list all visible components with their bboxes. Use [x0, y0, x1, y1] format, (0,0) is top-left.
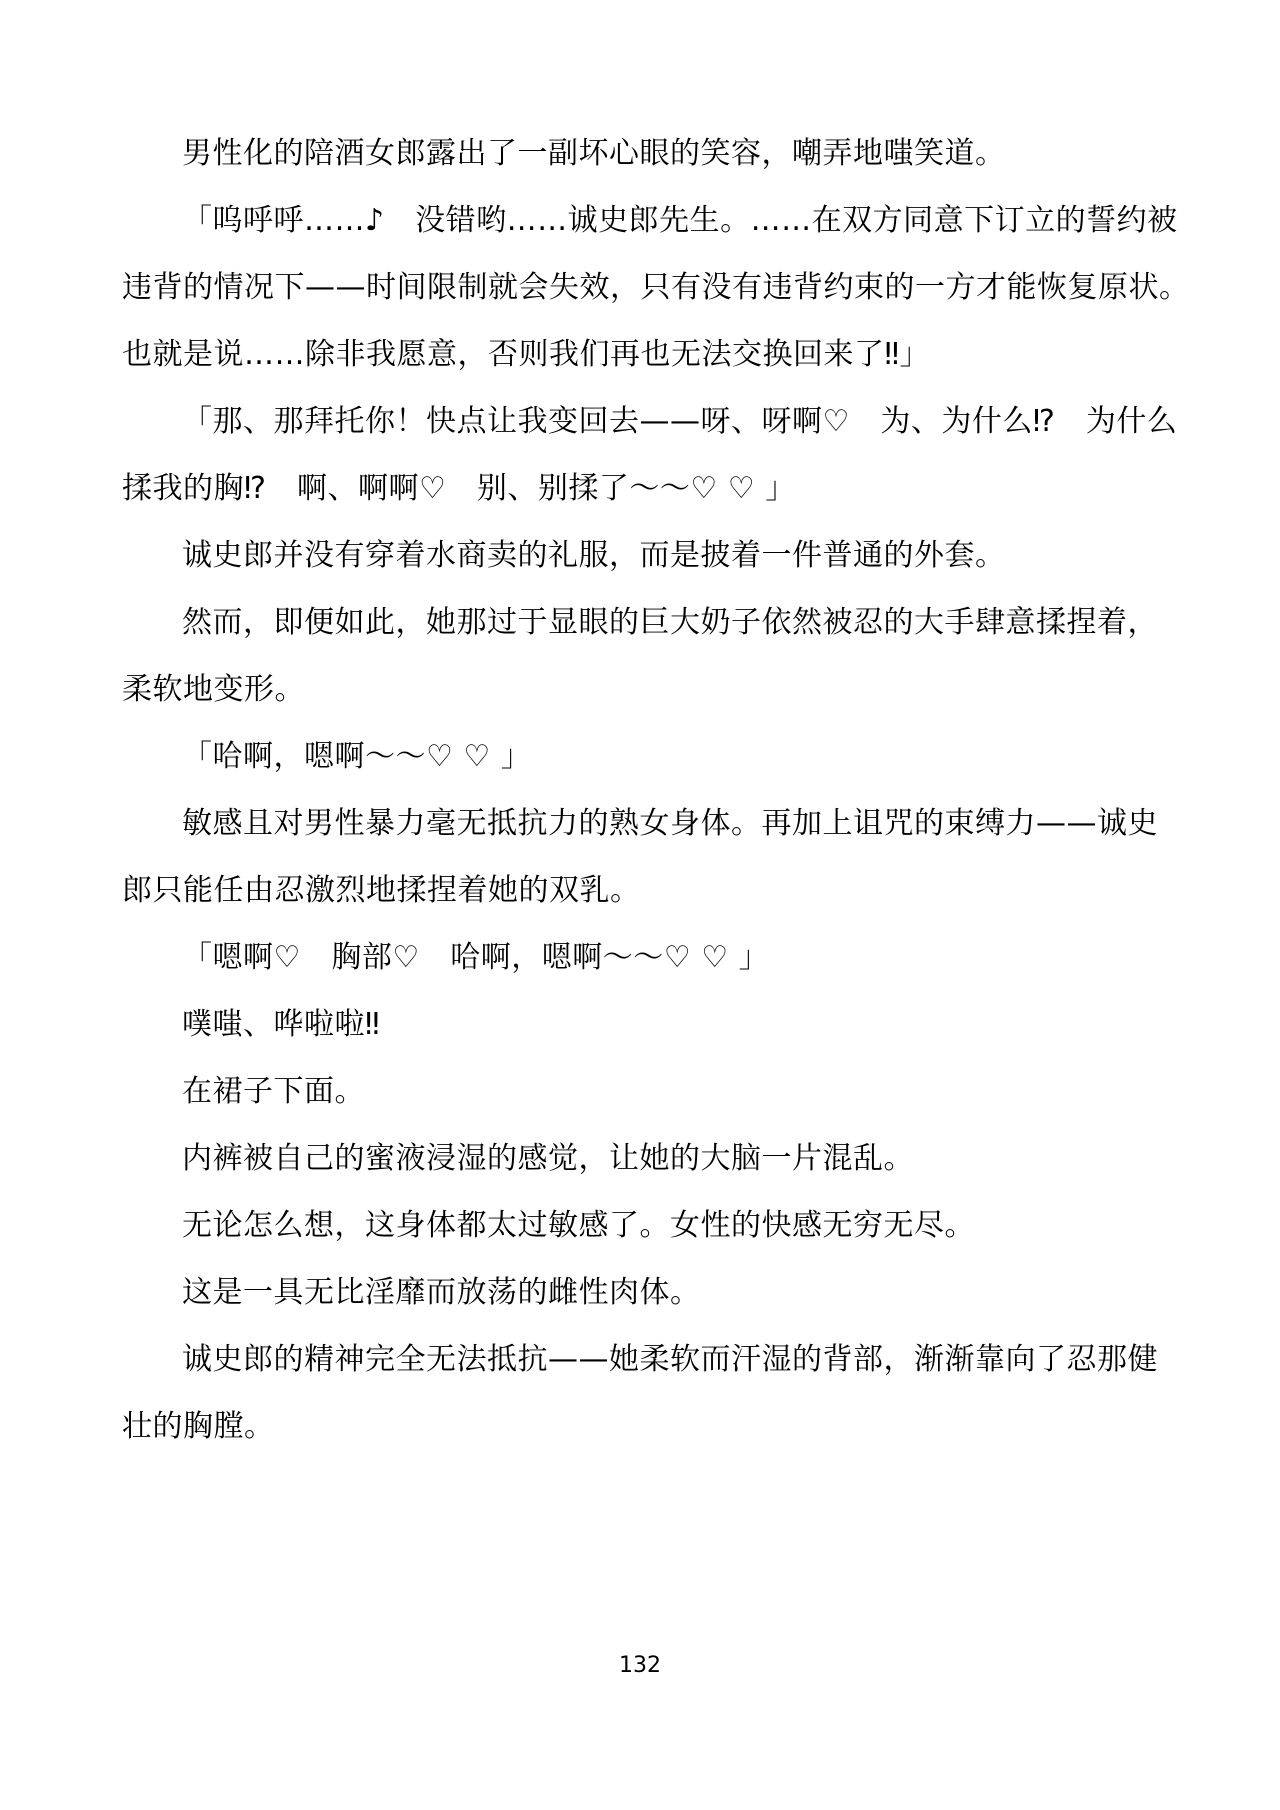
text-line: 这是一具无比淫靡而放荡的雌性肉体。	[122, 1259, 1162, 1326]
text-line: 内裤被自己的蜜液浸湿的感觉，让她的大脑一片混乱。	[122, 1125, 1162, 1192]
text-line: 噗嗤、哗啦啦‼	[122, 991, 1162, 1058]
text-block: 男性化的陪酒女郎露出了一副坏心眼的笑容，嘲弄地嗤笑道。 「呜呼呼……♪ 没错哟……	[122, 120, 1162, 1460]
text-line: 然而，即便如此，她那过于显眼的巨大奶子依然被忍的大手肆意揉捏着，	[122, 589, 1162, 656]
text-line: 男性化的陪酒女郎露出了一副坏心眼的笑容，嘲弄地嗤笑道。	[122, 120, 1162, 187]
text-line: 也就是说……除非我愿意，否则我们再也无法交换回来了‼」	[122, 321, 1162, 388]
text-line: 诚史郎的精神完全无法抵抗——她柔软而汗湿的背部，渐渐靠向了忍那健	[122, 1326, 1162, 1393]
document-page: 男性化的陪酒女郎露出了一副坏心眼的笑容，嘲弄地嗤笑道。 「呜呼呼……♪ 没错哟……	[0, 0, 1280, 1810]
text-line: 在裙子下面。	[122, 1058, 1162, 1125]
text-line: 壮的胸膛。	[122, 1393, 1162, 1460]
page-number: 132	[0, 1650, 1280, 1682]
text-line: 柔软地变形。	[122, 656, 1162, 723]
text-line: 敏感且对男性暴力毫无抵抗力的熟女身体。再加上诅咒的束缚力——诚史	[122, 790, 1162, 857]
text-line: 郎只能任由忍激烈地揉捏着她的双乳。	[122, 857, 1162, 924]
text-line: 诚史郎并没有穿着水商卖的礼服，而是披着一件普通的外套。	[122, 522, 1162, 589]
text-line: 「嗯啊♡ 胸部♡ 哈啊，嗯啊～～♡ ♡ 」	[122, 924, 1162, 991]
text-line: 「呜呼呼……♪ 没错哟……诚史郎先生。……在双方同意下订立的誓约被	[122, 187, 1162, 254]
text-line: 「那、那拜托你！快点让我变回去——呀、呀啊♡ 为、为什么⁉ 为什么	[122, 388, 1162, 455]
text-line: 「哈啊，嗯啊～～♡ ♡ 」	[122, 723, 1162, 790]
text-line: 无论怎么想，这身体都太过敏感了。女性的快感无穷无尽。	[122, 1192, 1162, 1259]
text-line: 揉我的胸⁉ 啊、啊啊♡ 别、别揉了～～♡ ♡ 」	[122, 455, 1162, 522]
text-line: 违背的情况下——时间限制就会失效，只有没有违背约束的一方才能恢复原状。	[122, 254, 1162, 321]
